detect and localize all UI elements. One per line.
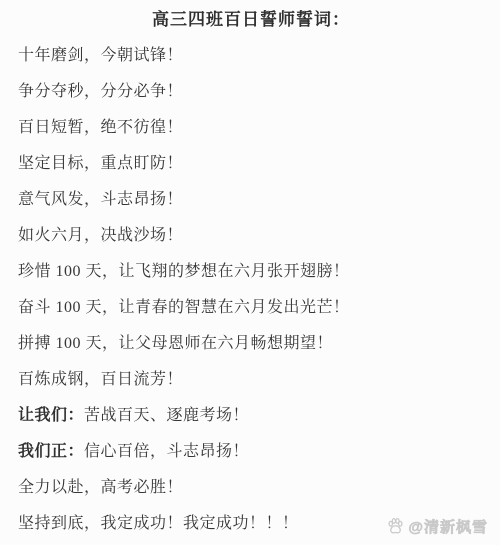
- oath-line: 坚定目标，重点盯防！: [18, 154, 484, 174]
- oath-line: 拼搏 100 天，让父母恩师在六月畅想期望！: [18, 334, 484, 354]
- oath-line-text: 全力以赴，高考必胜！: [18, 479, 183, 496]
- oath-line-text: 信心百倍，斗志昂扬！: [84, 443, 249, 460]
- oath-line: 如火六月，决战沙场！: [18, 226, 484, 246]
- oath-line-text: 苦战百天、逐鹿考场！: [84, 407, 249, 424]
- watermark: @清新枫雪: [386, 516, 488, 537]
- oath-line-text: 百日短暂，绝不彷徨！: [18, 119, 183, 136]
- oath-line: 让我们：苦战百天、逐鹿考场！: [18, 406, 484, 426]
- oath-line: 我们正：信心百倍，斗志昂扬！: [18, 442, 484, 462]
- oath-line-text: 十年磨剑，今朝试锋！: [18, 47, 183, 64]
- oath-line-text: 奋斗 100 天，让青春的智慧在六月发出光芒！: [18, 299, 350, 316]
- oath-line: 十年磨剑，今朝试锋！: [18, 46, 484, 66]
- oath-line-text: 坚定目标，重点盯防！: [18, 155, 183, 172]
- oath-line-text: 坚持到底，我定成功！我定成功！！！: [18, 515, 299, 532]
- oath-line: 奋斗 100 天，让青春的智慧在六月发出光芒！: [18, 298, 484, 318]
- oath-line: 珍惜 100 天，让飞翔的梦想在六月张开翅膀！: [18, 262, 484, 282]
- oath-line: 争分夺秒，分分必争！: [18, 82, 484, 102]
- paw-icon: [386, 517, 405, 536]
- oath-line-lead: 我们正：: [18, 443, 84, 460]
- watermark-text: @清新枫雪: [408, 516, 488, 537]
- oath-line: 全力以赴，高考必胜！: [18, 478, 484, 498]
- oath-line-text: 意气风发，斗志昂扬！: [18, 191, 183, 208]
- oath-line: 百炼成钢，百日流芳！: [18, 370, 484, 390]
- oath-line-text: 珍惜 100 天，让飞翔的梦想在六月张开翅膀！: [18, 263, 350, 280]
- oath-line-lead: 让我们：: [18, 407, 84, 424]
- oath-line-text: 如火六月，决战沙场！: [18, 227, 183, 244]
- oath-line-text: 百炼成钢，百日流芳！: [18, 371, 183, 388]
- oath-line: 百日短暂，绝不彷徨！: [18, 118, 484, 138]
- oath-line: 意气风发，斗志昂扬！: [18, 190, 484, 210]
- page-title: 高三四班百日誓师誓词：: [18, 10, 484, 30]
- oath-line-text: 拼搏 100 天，让父母恩师在六月畅想期望！: [18, 335, 333, 352]
- document-page: 高三四班百日誓师誓词： 十年磨剑，今朝试锋！ 争分夺秒，分分必争！ 百日短暂，绝…: [0, 0, 500, 545]
- oath-line-text: 争分夺秒，分分必争！: [18, 83, 183, 100]
